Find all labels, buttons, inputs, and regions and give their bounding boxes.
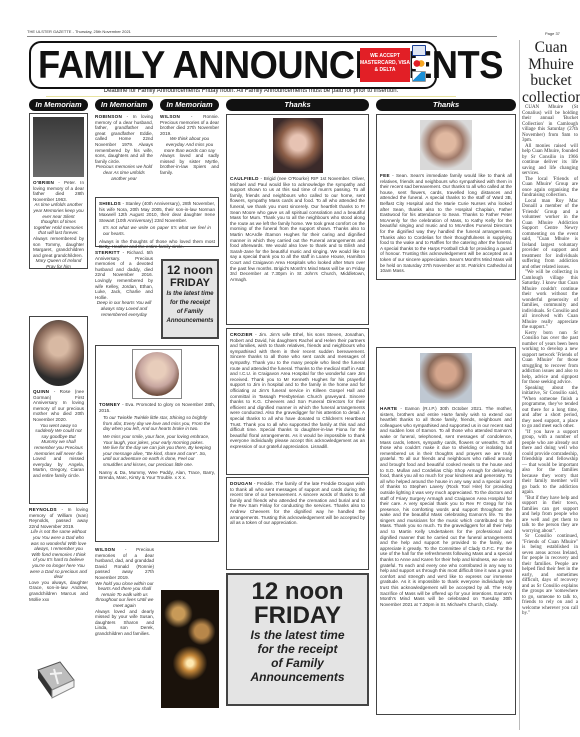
- notice-obrien: O'BRIEN - Peter. In loving memory of a d…: [29, 113, 88, 269]
- header-thanks-2: Thanks: [376, 99, 516, 111]
- header-in-memoriam-2: In Memoriam: [95, 99, 153, 111]
- notice-quinn: QUINN - Rose (nee Gorman) First Annivers…: [29, 316, 88, 504]
- notice-wilson-ronnie: WILSON - Ronnie. Precious memories of a …: [160, 114, 219, 176]
- delta-card-icon: [412, 71, 426, 82]
- photo-harte: [420, 353, 472, 403]
- notice-harte: HARTE - Eamon (R.I.P.) 30th October 2021…: [376, 347, 516, 715]
- noon-friday-notice-small: 12 noon FRIDAY Is the latest time for th…: [161, 259, 219, 339]
- notice-sterritt: STERRITT - Richard. 5th Anniversary. Pre…: [95, 250, 153, 317]
- page-title: FAMILY ANNOUNCEMENTS: [38, 44, 503, 88]
- notice-reynolds: REYNOLDS - In loving memory of William (…: [29, 507, 88, 602]
- photo-fee: [420, 120, 472, 170]
- photo-caulfield: [273, 118, 323, 173]
- notice-fee: FEE - Sean. Sean's immediate family woul…: [376, 114, 516, 280]
- notice-crozier: CROZIER - Jim. Jim's wife Ethel, his son…: [226, 328, 369, 475]
- notice-wilson-david: WILSON - Precious memories of a dear hus…: [95, 547, 154, 637]
- mastercard-icon: [412, 58, 426, 69]
- notice-shields: SHIELDS - Stanley (40th Anniversary), 28…: [95, 197, 219, 247]
- photo-tomney: [135, 352, 179, 396]
- deadline-notice: Deadline for Family Announcements Friday…: [46, 88, 456, 97]
- notice-caulfield: CAULFIELD - Brigid (nee O'Rourke) RIP 1s…: [226, 114, 369, 325]
- column-divider: [519, 40, 520, 730]
- photo-quinn: [33, 320, 84, 386]
- visa-card-icon: [412, 45, 426, 56]
- article-body: CUAN Mhuire (St Conalius) will be holdin…: [522, 105, 578, 617]
- article-headline: Cuan Mhuire bucket collection: [522, 40, 580, 106]
- masthead-paper: THE ULSTER GAZETTE - Thursday, 25th Nove…: [27, 29, 131, 34]
- header-in-memoriam-3: In Memoriam: [160, 99, 219, 111]
- noon-friday-notice-large: 12 noon FRIDAY Is the latest time for th…: [226, 573, 369, 706]
- photo-obrien: [33, 117, 84, 177]
- header-thanks-1: Thanks: [226, 99, 369, 111]
- candle-photo: [161, 590, 219, 708]
- masthead: THE ULSTER GAZETTE - Thursday, 25th Nove…: [27, 29, 497, 37]
- card-accept-badge: WE ACCEPT MASTERCARD, VISA & DELTA: [360, 48, 410, 82]
- bible-icon: [34, 660, 78, 702]
- card-icons: [412, 45, 426, 85]
- notice-tomney: TOMNEY - Eva. Promoted to glory on Novem…: [95, 345, 219, 542]
- page-number: Page 37: [545, 31, 560, 36]
- notice-dougan: DOUGAN - Freddie. The family of the late…: [226, 477, 369, 570]
- notice-robinson: ROBINSON - In loving memory of a dear hu…: [95, 114, 153, 181]
- header-in-memoriam-1: In Memoriam: [29, 99, 88, 111]
